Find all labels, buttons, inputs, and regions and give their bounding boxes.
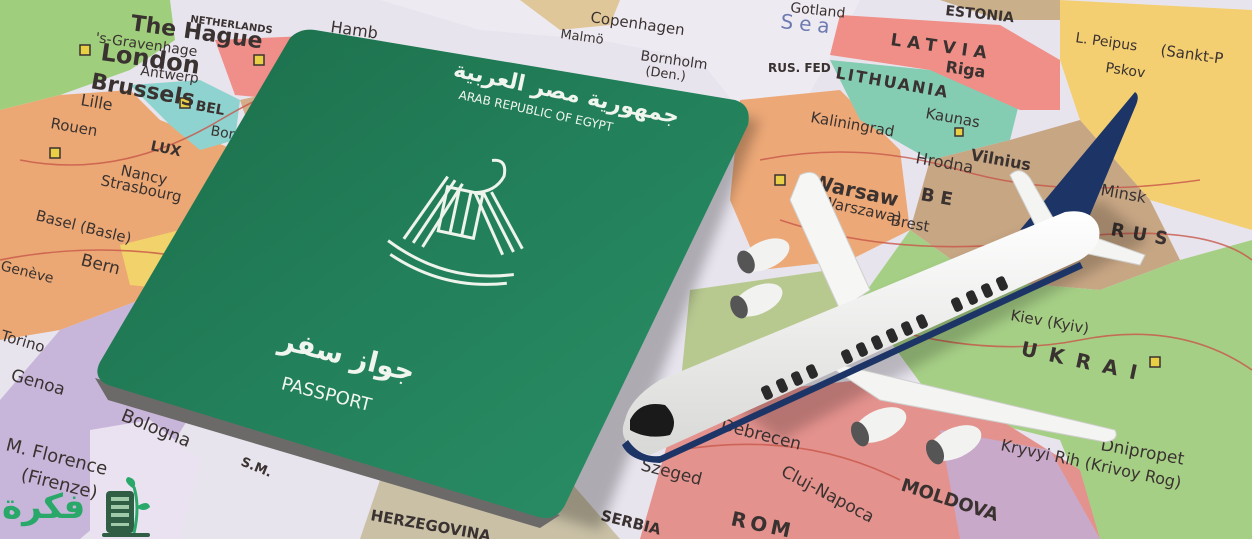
book-plant-logo-icon bbox=[100, 477, 152, 539]
watermark-logo: فكرة bbox=[0, 469, 160, 539]
europe-map: The Hague 's-Gravenhage London NETHERLAN… bbox=[0, 0, 1252, 539]
photo-scene: The Hague 's-Gravenhage London NETHERLAN… bbox=[0, 0, 1252, 539]
map-label: RUS. FED bbox=[768, 61, 831, 75]
watermark-text: فكرة bbox=[2, 487, 85, 527]
